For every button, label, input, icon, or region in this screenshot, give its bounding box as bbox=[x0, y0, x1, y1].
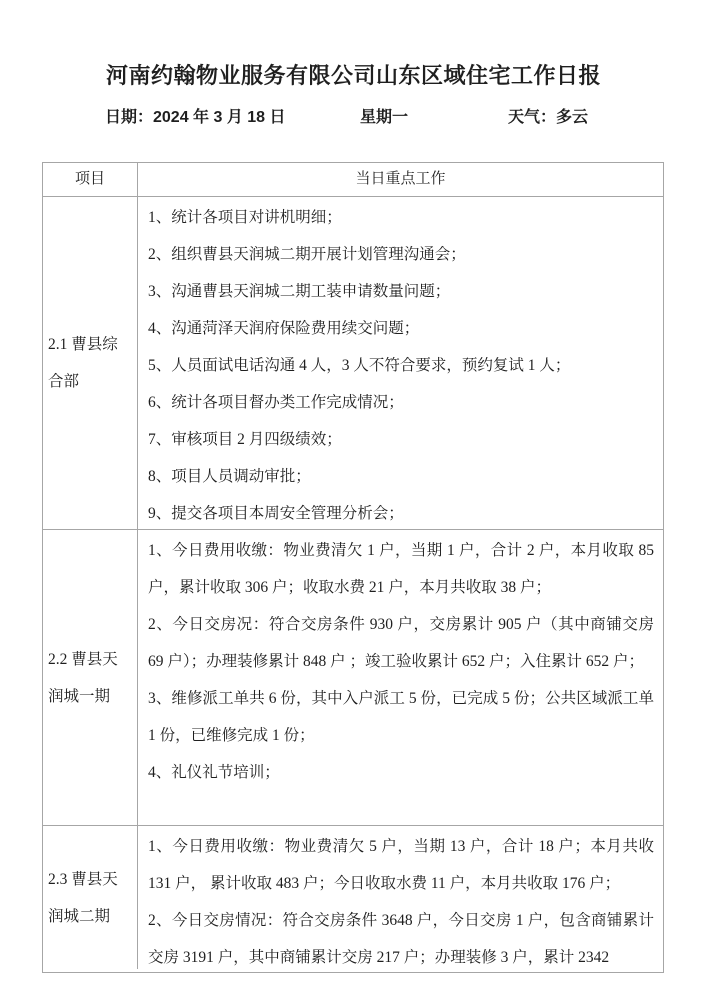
page-title: 河南约翰物业服务有限公司山东区域住宅工作日报 bbox=[0, 0, 707, 92]
project-cell: 2.2 曹县天润城一期 bbox=[43, 530, 138, 825]
work-item: 1、统计各项目对讲机明细； bbox=[148, 199, 654, 236]
work-item: 2、今日交房况：符合交房条件 930 户，交房累计 905 户（其中商铺交房 6… bbox=[148, 606, 654, 680]
work-item: 8、项目人员调动审批； bbox=[148, 458, 654, 495]
work-item: 1、今日费用收缴：物业费清欠 5 户，当期 13 户，合计 18 户；本月共收 … bbox=[148, 828, 654, 902]
table-body: 2.1 曹县综合部1、统计各项目对讲机明细；2、组织曹县天润城二期开展计划管理沟… bbox=[43, 196, 663, 969]
work-cell: 1、今日费用收缴：物业费清欠 1 户，当期 1 户，合计 2 户，本月收取 85… bbox=[138, 530, 663, 825]
work-item: 4、沟通菏泽天润府保险费用续交问题； bbox=[148, 310, 654, 347]
daily-report-table: 项目 当日重点工作 2.1 曹县综合部1、统计各项目对讲机明细；2、组织曹县天润… bbox=[42, 162, 664, 973]
work-cell: 1、今日费用收缴：物业费清欠 5 户，当期 13 户，合计 18 户；本月共收 … bbox=[138, 826, 663, 969]
header-project-column: 项目 bbox=[43, 163, 138, 196]
table-row: 2.3 曹县天润城二期1、今日费用收缴：物业费清欠 5 户，当期 13 户，合计… bbox=[43, 825, 663, 969]
weather-value: 天气：多云 bbox=[508, 106, 588, 130]
work-item: 2、组织曹县天润城二期开展计划管理沟通会； bbox=[148, 236, 654, 273]
project-label: 2.3 曹县天润城二期 bbox=[48, 861, 132, 935]
work-item: 3、沟通曹县天润城二期工装申请数量问题； bbox=[148, 273, 654, 310]
date-line: 日期：2024 年 3 月 18 日 星期一 天气：多云 bbox=[0, 106, 707, 130]
table-row: 2.2 曹县天润城一期1、今日费用收缴：物业费清欠 1 户，当期 1 户，合计 … bbox=[43, 529, 663, 825]
project-cell: 2.3 曹县天润城二期 bbox=[43, 826, 138, 969]
work-item: 1、今日费用收缴：物业费清欠 1 户，当期 1 户，合计 2 户，本月收取 85… bbox=[148, 532, 654, 606]
work-cell: 1、统计各项目对讲机明细；2、组织曹县天润城二期开展计划管理沟通会；3、沟通曹县… bbox=[138, 197, 663, 529]
table-row: 2.1 曹县综合部1、统计各项目对讲机明细；2、组织曹县天润城二期开展计划管理沟… bbox=[43, 196, 663, 529]
work-item: 2、今日交房情况：符合交房条件 3648 户，今日交房 1 户，包含商铺累计交房… bbox=[148, 902, 654, 969]
header-work-column: 当日重点工作 bbox=[138, 163, 663, 196]
work-item: 3、维修派工单共 6 份，其中入户派工 5 份，已完成 5 份；公共区域派工单 … bbox=[148, 680, 654, 754]
work-item: 5、人员面试电话沟通 4 人，3 人不符合要求，预约复试 1 人； bbox=[148, 347, 654, 384]
work-item: 7、审核项目 2 月四级绩效； bbox=[148, 421, 654, 458]
project-cell: 2.1 曹县综合部 bbox=[43, 197, 138, 529]
work-item: 4、礼仪礼节培训； bbox=[148, 754, 654, 791]
document-page: { "page": { "title": "河南约翰物业服务有限公司山东区域住宅… bbox=[0, 0, 707, 999]
project-label: 2.1 曹县综合部 bbox=[48, 326, 132, 400]
date-value: 日期：2024 年 3 月 18 日 bbox=[105, 106, 286, 130]
work-item: 6、统计各项目督办类工作完成情况； bbox=[148, 384, 654, 421]
weekday-value: 星期一 bbox=[360, 106, 408, 130]
project-label: 2.2 曹县天润城一期 bbox=[48, 641, 132, 715]
work-item: 9、提交各项目本周安全管理分析会； bbox=[148, 495, 654, 532]
table-header-row: 项目 当日重点工作 bbox=[43, 163, 663, 196]
